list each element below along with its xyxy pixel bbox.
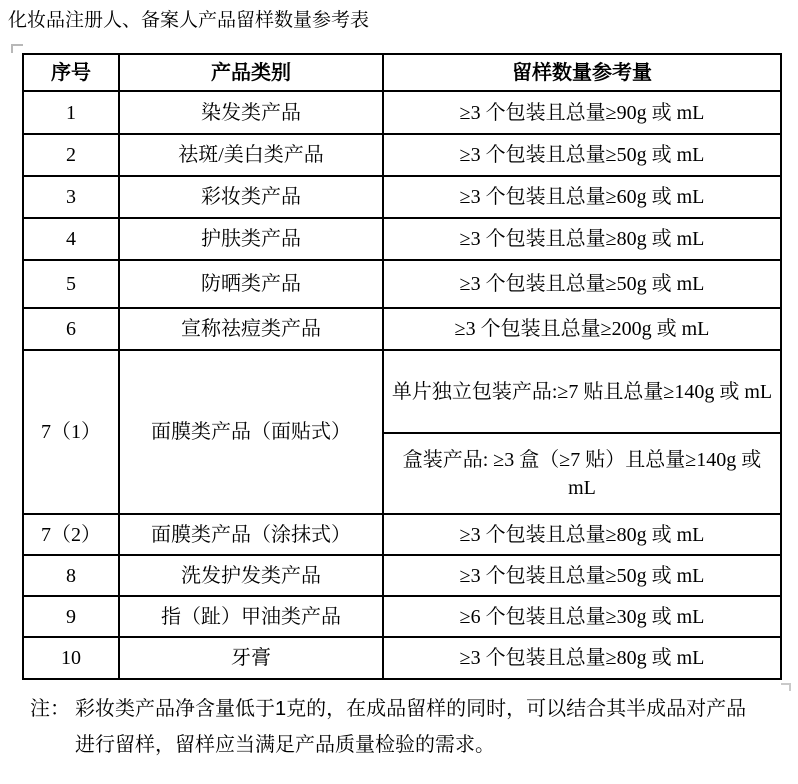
cell-quantity: ≥3 个包装且总量≥60g 或 mL (383, 176, 781, 218)
table-resize-handle-icon[interactable] (781, 683, 791, 691)
cell-category: 宣称祛痘类产品 (119, 308, 383, 350)
footnote: 注： 彩妆类产品净含量低于1克的，在成品留样的同时，可以结合其半成品对产品进行留… (30, 691, 755, 763)
cell-category: 面膜类产品（涂抹式） (119, 514, 383, 555)
page-title: 化妆品注册人、备案人产品留样数量参考表 (8, 9, 369, 33)
table-row: 7（2） 面膜类产品（涂抹式） ≥3 个包装且总量≥80g 或 mL (23, 514, 781, 555)
footnote-text: 彩妆类产品净含量低于1克的，在成品留样的同时，可以结合其半成品对产品进行留样，留… (75, 698, 746, 756)
document-page: 化妆品注册人、备案人产品留样数量参考表 序号 产品类别 留样数量参考量 1 染发… (0, 0, 798, 784)
table-row: 5 防晒类产品 ≥3 个包装且总量≥50g 或 mL (23, 260, 781, 308)
cell-category: 染发类产品 (119, 91, 383, 134)
table-row: 8 洗发护发类产品 ≥3 个包装且总量≥50g 或 mL (23, 555, 781, 596)
table-row: 3 彩妆类产品 ≥3 个包装且总量≥60g 或 mL (23, 176, 781, 218)
table-row: 4 护肤类产品 ≥3 个包装且总量≥80g 或 mL (23, 218, 781, 260)
table-row: 6 宣称祛痘类产品 ≥3 个包装且总量≥200g 或 mL (23, 308, 781, 350)
table-header-row: 序号 产品类别 留样数量参考量 (23, 54, 781, 91)
cell-quantity: ≥3 个包装且总量≥50g 或 mL (383, 134, 781, 176)
cell-no: 2 (23, 134, 119, 176)
cell-category: 彩妆类产品 (119, 176, 383, 218)
cell-category: 防晒类产品 (119, 260, 383, 308)
cell-no: 7（2） (23, 514, 119, 555)
table-row: 10 牙膏 ≥3 个包装且总量≥80g 或 mL (23, 637, 781, 679)
table-row: 9 指（趾）甲油类产品 ≥6 个包装且总量≥30g 或 mL (23, 596, 781, 637)
cell-quantity: ≥3 个包装且总量≥80g 或 mL (383, 637, 781, 679)
cell-category: 祛斑/美白类产品 (119, 134, 383, 176)
cell-no: 6 (23, 308, 119, 350)
cell-quantity: ≥3 个包装且总量≥50g 或 mL (383, 260, 781, 308)
cell-no: 10 (23, 637, 119, 679)
cell-quantity: ≥3 个包装且总量≥80g 或 mL (383, 514, 781, 555)
cell-category: 指（趾）甲油类产品 (119, 596, 383, 637)
header-no: 序号 (23, 54, 119, 91)
retention-sample-table: 序号 产品类别 留样数量参考量 1 染发类产品 ≥3 个包装且总量≥90g 或 … (22, 53, 782, 680)
cell-quantity: ≥6 个包装且总量≥30g 或 mL (383, 596, 781, 637)
cell-no: 5 (23, 260, 119, 308)
cell-quantity: ≥3 个包装且总量≥80g 或 mL (383, 218, 781, 260)
cell-category: 洗发护发类产品 (119, 555, 383, 596)
cell-quantity: ≥3 个包装且总量≥50g 或 mL (383, 555, 781, 596)
cell-quantity: ≥3 个包装且总量≥90g 或 mL (383, 91, 781, 134)
cell-no: 4 (23, 218, 119, 260)
cell-no: 9 (23, 596, 119, 637)
cell-category: 面膜类产品（面贴式） (119, 350, 383, 514)
cell-category: 护肤类产品 (119, 218, 383, 260)
header-category: 产品类别 (119, 54, 383, 91)
cell-no: 1 (23, 91, 119, 134)
cell-no: 3 (23, 176, 119, 218)
table-row: 1 染发类产品 ≥3 个包装且总量≥90g 或 mL (23, 91, 781, 134)
cell-no: 7（1） (23, 350, 119, 514)
cell-quantity: ≥3 个包装且总量≥200g 或 mL (383, 308, 781, 350)
cell-quantity-boxed: 盒装产品: ≥3 盒（≥7 贴）且总量≥140g 或 mL (383, 433, 781, 514)
footnote-label: 注： (30, 691, 70, 727)
table-move-handle-icon[interactable] (11, 44, 23, 53)
table-row: 2 祛斑/美白类产品 ≥3 个包装且总量≥50g 或 mL (23, 134, 781, 176)
table-row: 7（1） 面膜类产品（面贴式） 单片独立包装产品:≥7 贴且总量≥140g 或 … (23, 350, 781, 433)
header-quantity: 留样数量参考量 (383, 54, 781, 91)
cell-no: 8 (23, 555, 119, 596)
cell-quantity-single-pack: 单片独立包装产品:≥7 贴且总量≥140g 或 mL (383, 350, 781, 433)
cell-category: 牙膏 (119, 637, 383, 679)
